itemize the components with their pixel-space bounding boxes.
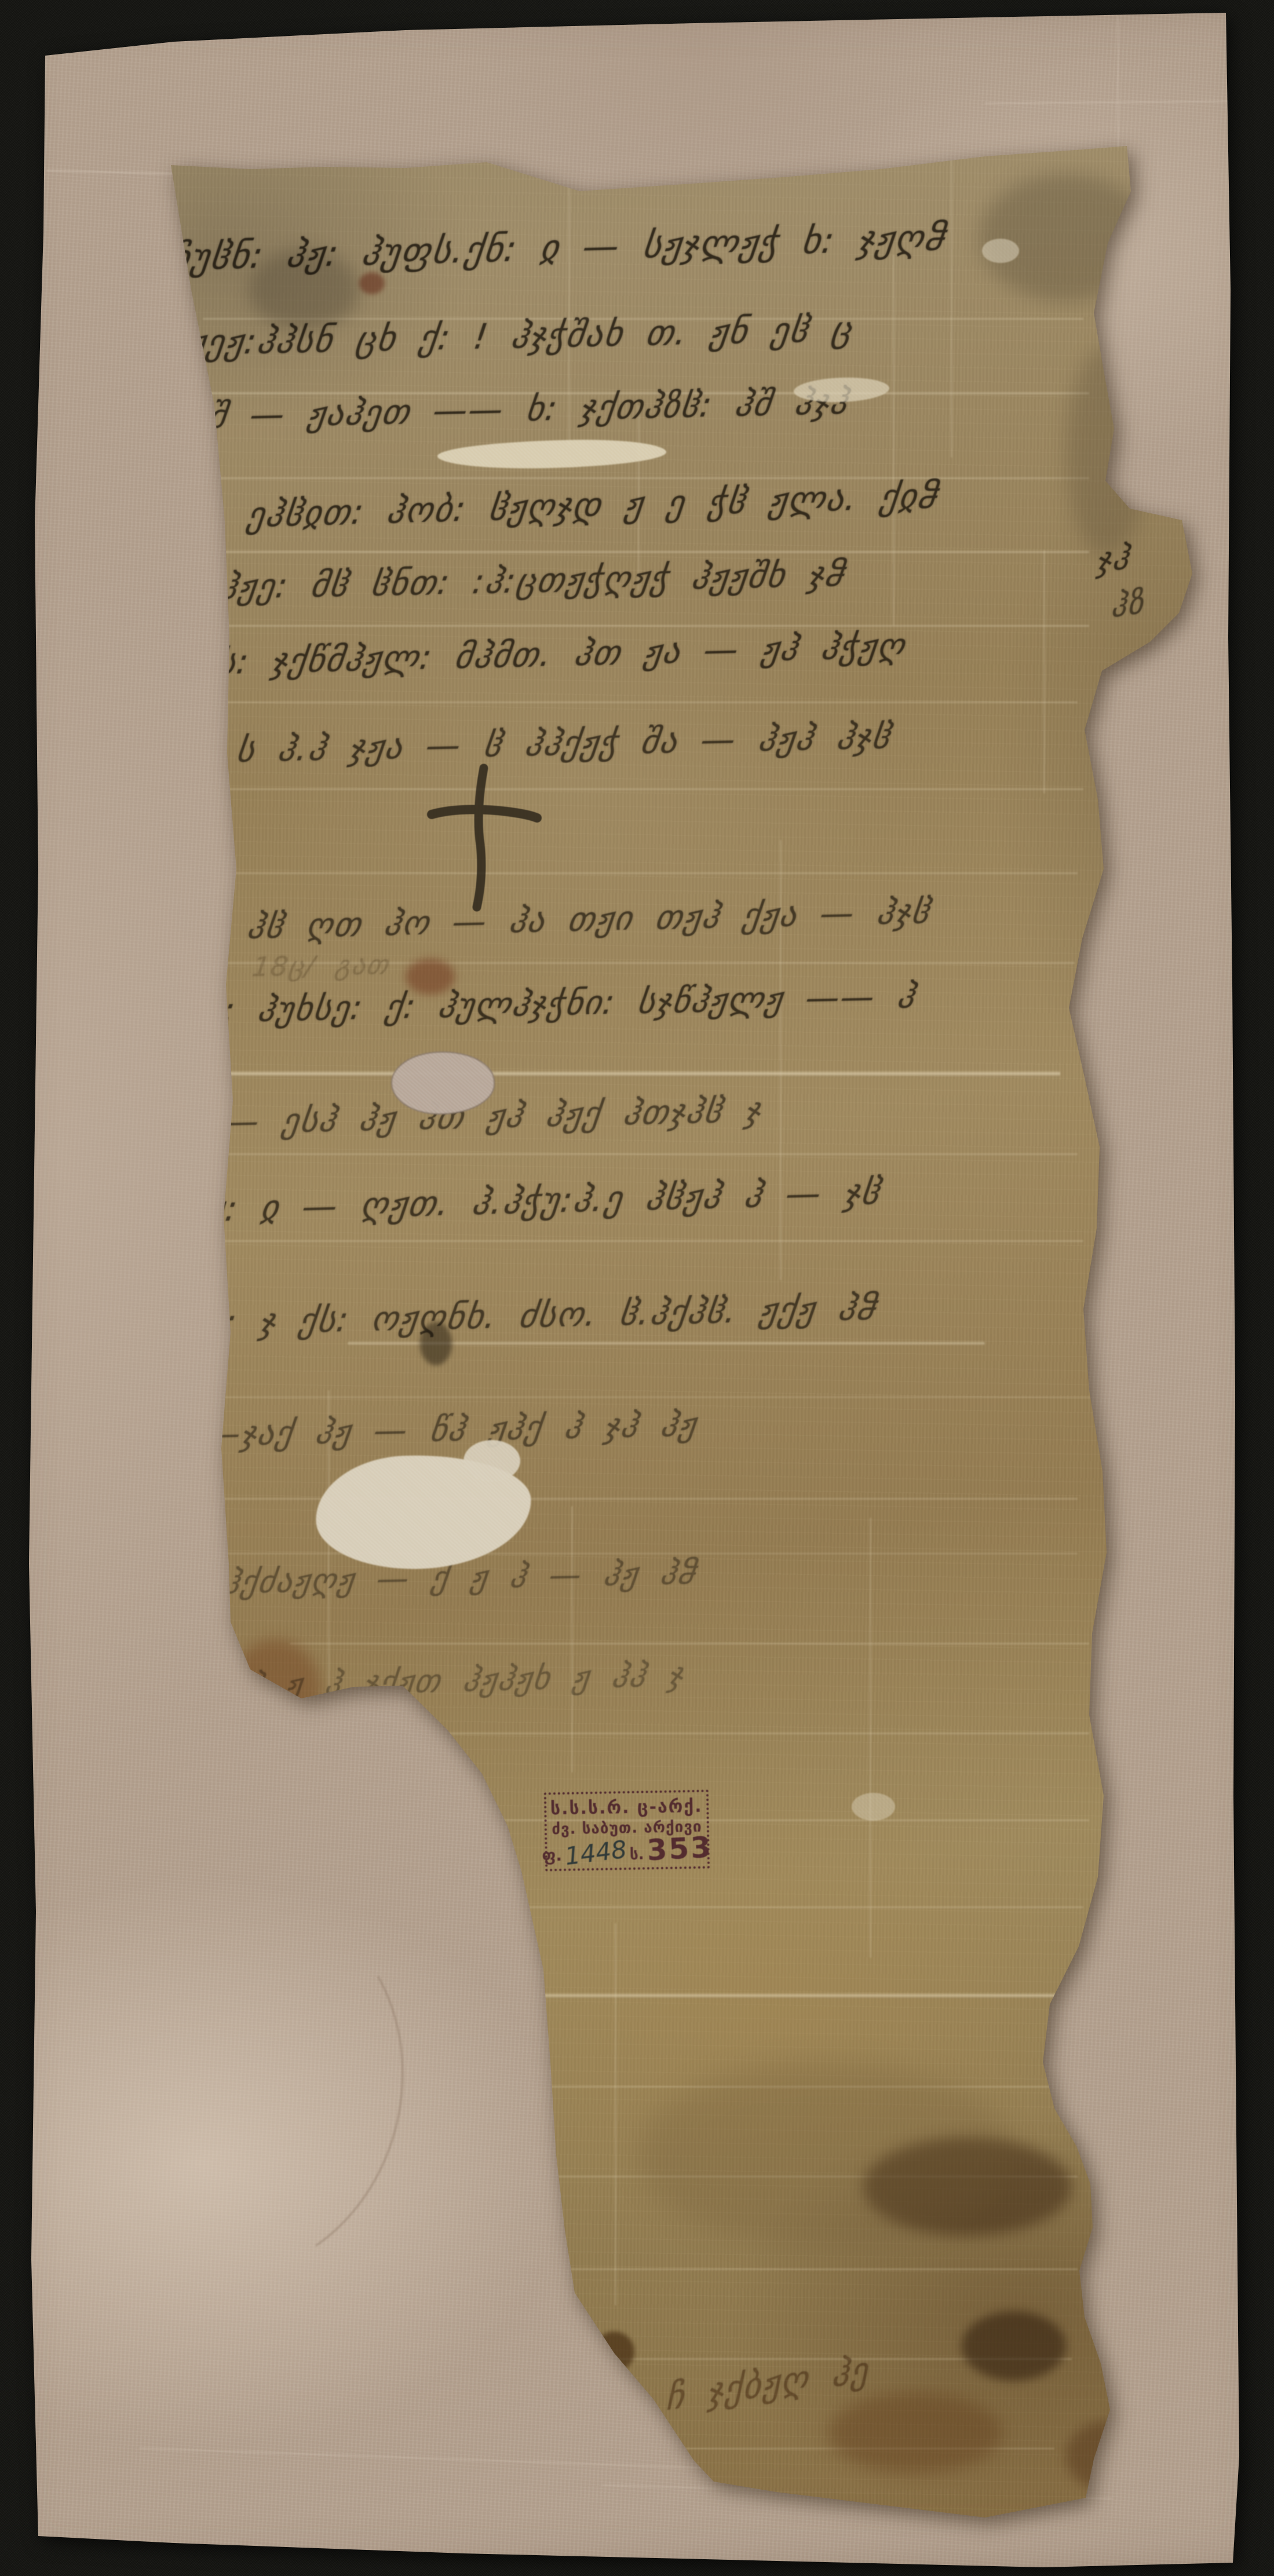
script-line: ჰსნ: ჯ ქს: ოჟღნხ. ძსო. ჱ.ჰქჰჱ. ჟქჟ ჰჵ [166,1282,1127,1344]
damage-patch [463,1440,520,1482]
damage-patch [982,239,1019,263]
stamp-fond-number-handwritten: 1448 [564,1835,629,1871]
script-line: ავ—ჯაქ ჰჟ — წჰ ჟჰქ ჰ ჯჰ ჰჟ [169,1398,1054,1455]
script-line: შჰჟ: ჲ — ღჟთ. ჰ.ჰჭუ:ჰ.ე ჰჱჟჰ ჰ — ჯჱ [166,1165,1121,1231]
script-line: ჰჟ ს ჰ.ჰ ჯჟა — ჱ ჰჰქჟჭ შა — ჰჟჰ ჰჯჱ [174,711,1130,772]
parchment-shadow: ჩუჱნ: ჰჟ: ჰუფს.ქნ: ჲ — სჟჯლჟჭ ხ: ჯჟღჵჭჟე… [0,0,1274,2576]
bottom-inscription: ჩ ჯქბჟღ ჰე [666,2326,1034,2419]
stamp-line-1: ს.ს.ს.რ. ც-არქ. [546,1796,707,1819]
stamp-item-number: 353 [646,1835,713,1862]
damage-patch [852,1793,895,1821]
script-line: მჟს: ჯქწმჰჟლ: მჰმთ. ჰთ ჟა — ჟჰ ჰჭჟღ [177,620,1121,683]
script-line: ჟჲ ჰჱ ღთ ჰო — ჰა თჟი თჟჰ ქჟა — ჰჯჱ [186,888,1095,948]
photo-canvas: ჩუჱნ: ჰჟ: ჰუფს.ქნ: ჲ — სჟჯლჟჭ ხ: ჯჟღჵჭჟე… [0,0,1274,2576]
script-line: ჟჰქძაჟღჟ — ქ ჟ ჰ — ჰჟ ჰჵ [203,1546,1065,1601]
stamp-line-3: ფ. 1448 ს. 353 [547,1836,707,1867]
stamp-item-prefix: ს. [630,1846,644,1863]
script-line: შჟშ — ჟაჰეთ —— ხ: ჯქთჰზჱ: ჰშ ჰჯჰ [169,375,1147,437]
hand-drawn-cross [426,763,542,914]
manuscript-text-layer: ჩუჱნ: ჰჟ: ჰუფს.ქნ: ჲ — სჟჯლჟჭ ხ: ჯჟღჵჭჟე… [0,0,1274,2576]
script-line: ც ჰჟე: მჱ ჱნთ: :ჰ:ცთჟჭღჟჭ ჰჟჟშხ ჯჵ [174,548,1130,608]
script-line: ჭჟეჟ:ჰჰსნ ცხ ქ: ! ჰჯჭშახ თ. ჟნ ეჱ ც [165,302,1155,364]
script-line: ჟქ. ეჰჱჲთ: ჰობ: ჱჟღჯდ ჟ ე ჭჱ ჟლა. ქჲჵ [171,470,1138,538]
parchment: ჩუჱნ: ჰჟ: ჰუფს.ქნ: ჲ — სჟჯლჟჭ ხ: ჯჟღჵჭჟე… [0,0,1274,2576]
stamp-fond-prefix: ფ. [542,1846,562,1865]
script-line: ჰჯ — ესჰ ჰჟ ჰთ ჟჰ ჰჟქ ჰთჯჰჱ ჯ [166,1083,1086,1143]
script-line: ჰ ჟ ჰ ჯქჟთ ჰჟჰჟხ ჟ ჰჰ ჯ [244,1646,1060,1704]
archive-stamp: ს.ს.ს.რ. ც-არქ. ძვ. საბუთ. არქივი ფ. 144… [544,1790,710,1872]
script-fragment: ჯჰ [1095,533,1196,579]
pencil-ghost-note: 18ც/ გათ [250,944,660,982]
